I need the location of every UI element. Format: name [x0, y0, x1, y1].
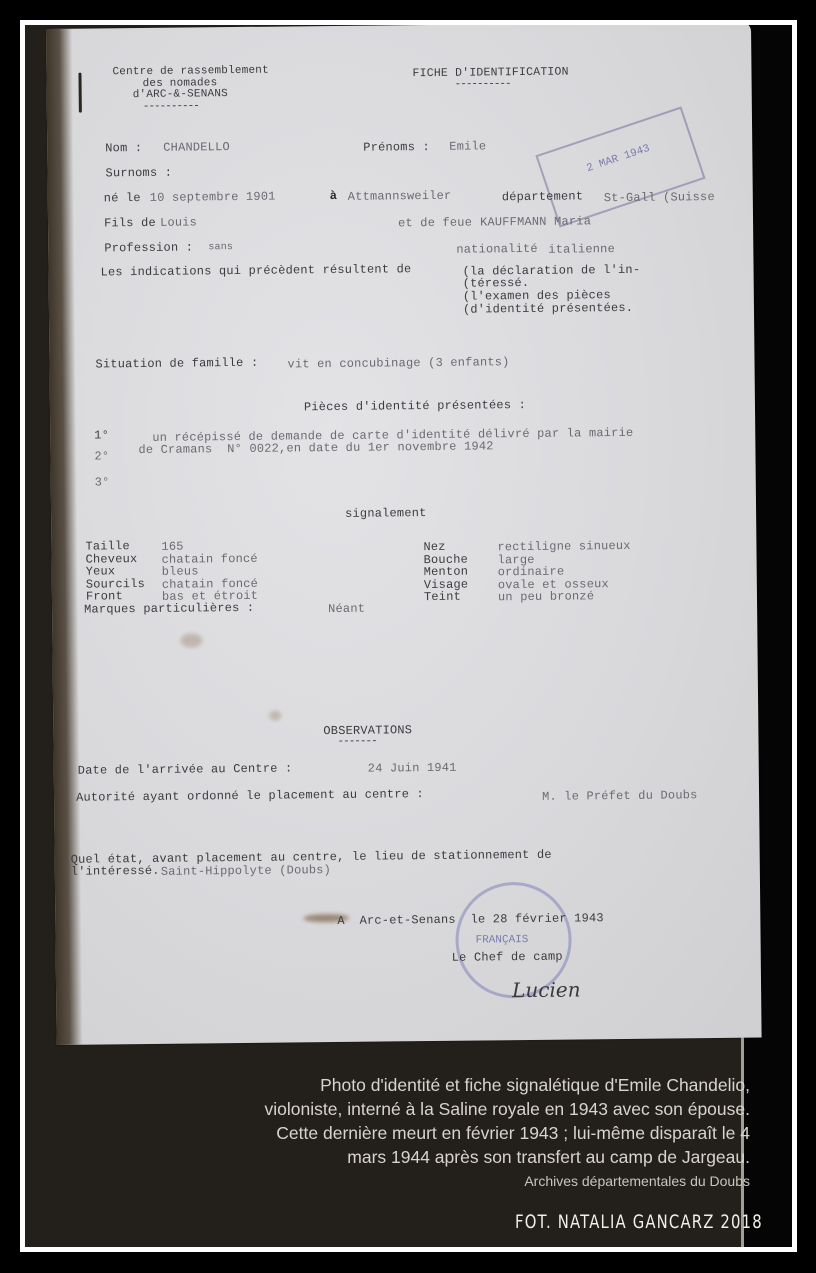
situation-value: vit en concubinage (3 enfants): [287, 355, 509, 371]
signalement-right-list: [46, 25, 751, 29]
caption-source: Archives départementales du Doubs: [265, 1169, 750, 1193]
ink-mark: [78, 73, 81, 113]
caption-line: Cette dernière meurt en février 1943 ; l…: [265, 1121, 750, 1145]
signataire: Le Chef de camp: [452, 950, 563, 965]
caption-line: mars 1944 après son transfert au camp de…: [265, 1145, 750, 1169]
caption-line: violoniste, interné à la Saline royale e…: [265, 1097, 750, 1121]
marques-value: Néant: [328, 602, 365, 616]
lieu-date: A Arc-et-Senans le 28 février 1943: [337, 911, 604, 928]
prenoms-value: Emile: [449, 139, 486, 153]
prenoms-label: Prénoms :: [363, 140, 430, 155]
pieces-title: Pièces d'identité présentées :: [304, 398, 526, 414]
autorite-value: M. le Préfet du Doubs: [542, 788, 698, 804]
caption-line: Photo d'identité et fiche signalétique d…: [265, 1073, 750, 1097]
profession-label: Profession :: [104, 240, 193, 255]
nationalite-value: italienne: [548, 242, 615, 257]
birth-place: Attmannsweiler: [348, 189, 452, 204]
signalement-left-list: [46, 25, 751, 29]
fils-de-label: Fils de: [104, 216, 156, 231]
nom-label: Nom :: [105, 141, 142, 155]
exhibit-caption: Photo d'identité et fiche signalétique d…: [265, 1073, 750, 1193]
etat-line2-value: Saint-Hippolyte (Doubs): [161, 863, 331, 879]
mother-label: et de feue: [398, 216, 472, 231]
indications-text: Les indications qui précèdent résultent …: [100, 262, 411, 279]
arrivee-label: Date de l'arrivée au Centre :: [78, 761, 293, 777]
nationalite-label: nationalité: [456, 242, 538, 257]
round-stamp-text: FRANÇAIS: [476, 934, 529, 947]
arrivee-value: 24 Juin 1941: [368, 761, 457, 776]
piece-3-num: 3°: [95, 475, 110, 489]
sig-left-value: bas et étroit: [162, 589, 258, 604]
piece-2-num: 2°: [94, 449, 109, 463]
departement-label: département: [502, 189, 584, 204]
birth-prefix: né le: [104, 191, 141, 205]
etat-line2-label: l'intéressé.: [71, 864, 160, 879]
surnoms-label: Surnoms :: [105, 166, 172, 181]
mother-name: KAUFFMANN Maria: [480, 214, 591, 229]
header-left-line1: Centre de rassemblement: [112, 65, 269, 79]
stain: [180, 633, 202, 647]
indication-source-4: (d'identité présentées.: [463, 301, 633, 317]
sig-right-value: un peu bronzé: [498, 589, 594, 604]
stain: [269, 711, 281, 721]
photo-credit: FOT. NATALIA GANCARZ 2018: [515, 1211, 763, 1233]
header-left-underline: ----------: [143, 100, 199, 113]
paper-shadow: [46, 29, 83, 1045]
departement-value: St-Gall (Suisse: [604, 190, 715, 205]
situation-label: Situation de famille :: [95, 356, 258, 372]
sig-right-label: Teint: [424, 590, 461, 604]
sig-left-label: Front: [86, 589, 123, 603]
birth-date: 10 septembre 1901: [150, 190, 276, 205]
signalement-title: signalement: [345, 506, 427, 521]
date-stamp: [535, 106, 705, 227]
header-left-line3: d'ARC-&-SENANS: [133, 88, 228, 101]
autorite-label: Autorité ayant ordonné le placement au c…: [76, 787, 424, 805]
photo-area: Centre de rassemblement des nomades d'AR…: [25, 25, 792, 1247]
birth-a: à: [330, 189, 338, 203]
piece-1-line2: de Cramans N° 0022,en date du 1er novemb…: [138, 439, 493, 457]
title-underline: ----------: [455, 78, 511, 91]
observations-underline: -------: [337, 736, 376, 748]
profession-value: sans: [208, 242, 233, 253]
identification-sheet: Centre de rassemblement des nomades d'AR…: [46, 25, 762, 1045]
nom-value: CHANDELLO: [163, 140, 230, 155]
signature: Lucien: [512, 977, 581, 1002]
father-name: Louis: [160, 215, 197, 229]
piece-1-num: 1°: [94, 428, 109, 442]
